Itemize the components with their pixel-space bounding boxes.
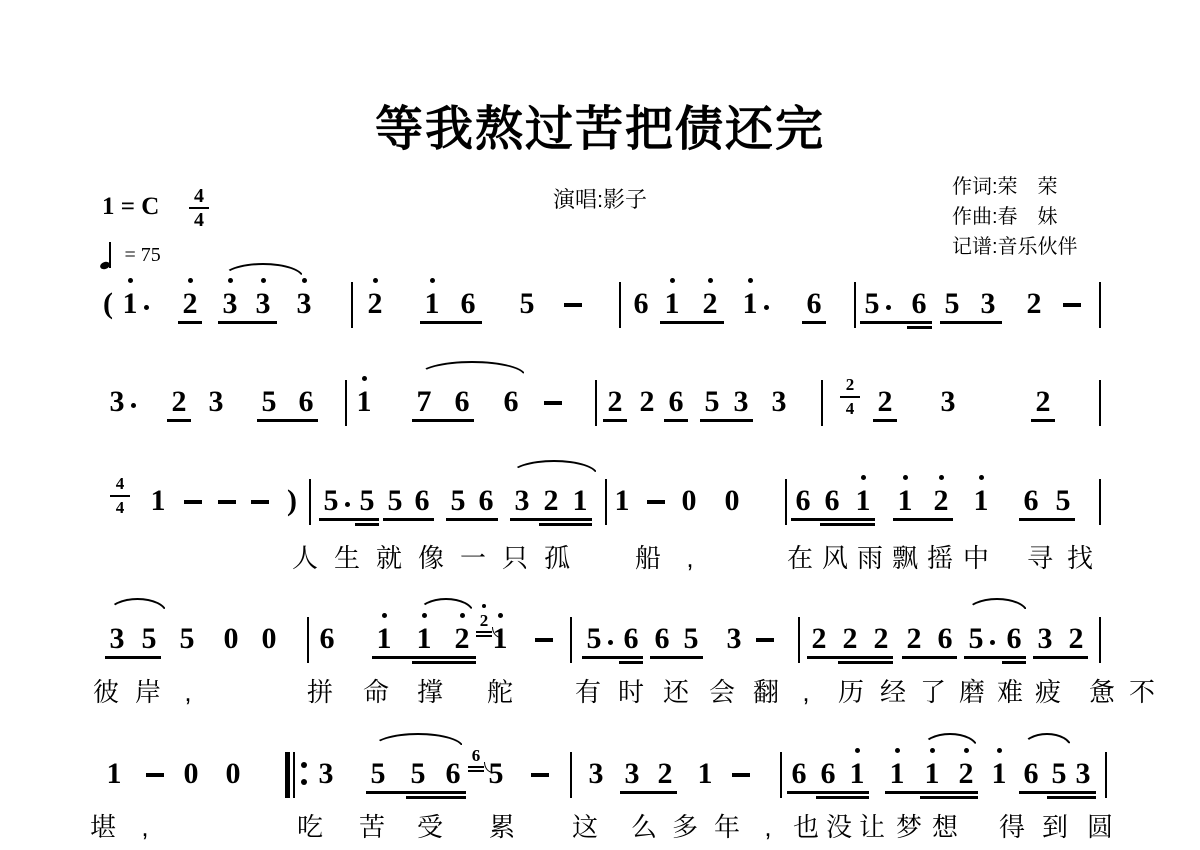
repeat-thick-bar [285, 752, 290, 798]
beam-line [820, 523, 875, 526]
lyric-char: 岸 [132, 677, 164, 707]
note: 6 [997, 624, 1031, 654]
lyric-char: 就 [373, 543, 405, 573]
lyric-char: , [129, 812, 161, 842]
note: 2 [868, 387, 902, 417]
dash-rest [647, 500, 665, 504]
beam-line [885, 791, 978, 794]
lyric-char: 风 [819, 543, 851, 573]
note: 6 [310, 624, 344, 654]
lyric-char: 疲 [1032, 677, 1064, 707]
note: 2 [598, 387, 632, 417]
lyric-char: 只 [499, 543, 531, 573]
note: 3 [1028, 624, 1062, 654]
lyric-char: 没 [823, 812, 855, 842]
lyric-char: 让 [856, 812, 888, 842]
duration-dot [886, 305, 891, 310]
note: 1 [880, 759, 914, 789]
beam-line [446, 518, 498, 521]
lyric-char: 撑 [414, 677, 446, 707]
lyric-char: 受 [414, 812, 446, 842]
dash-rest [146, 773, 164, 777]
beam-line [366, 791, 466, 794]
dash-rest [531, 773, 549, 777]
beam-line [406, 796, 466, 799]
beam-line [816, 796, 869, 799]
lyric-char: 梦 [893, 812, 925, 842]
octave-dot [939, 475, 944, 480]
note: 5 [132, 624, 166, 654]
dash-rest [218, 500, 236, 504]
dash-rest [184, 500, 202, 504]
note: 1 [915, 759, 949, 789]
note: 5 [577, 624, 611, 654]
repeat-thin-bar [293, 752, 295, 798]
barline [309, 479, 311, 525]
note: 1 [563, 486, 597, 516]
octave-dot [373, 278, 378, 283]
lyric-char: 有 [572, 677, 604, 707]
octave-dot [460, 613, 465, 618]
beam-line [412, 419, 474, 422]
octave-dot [362, 376, 367, 381]
note: 6 [614, 624, 648, 654]
lyric-char: 不 [1126, 677, 1158, 707]
score-area: (123332165612165653232356176622653324232… [0, 0, 1200, 850]
duration-dot [131, 403, 136, 408]
octave-dot [188, 278, 193, 283]
note: 6 [494, 387, 528, 417]
beam-line [791, 518, 875, 521]
lyric-char: 圆 [1084, 812, 1116, 842]
lyric-char: 舵 [484, 677, 516, 707]
slur-arc [966, 598, 1028, 613]
note: 3 [100, 624, 134, 654]
note: 3 [579, 759, 613, 789]
dash-rest [756, 638, 774, 642]
lyric-char: 翻 [750, 677, 782, 707]
lyric-char: 像 [415, 543, 447, 573]
note: 3 [1066, 759, 1100, 789]
slur-arc [372, 733, 464, 748]
beam-line [105, 656, 161, 659]
note: 2 [693, 289, 727, 319]
beam-line [178, 321, 202, 324]
dash-rest [1063, 303, 1081, 307]
note: 6 [436, 759, 470, 789]
lyric-char: 堪 [87, 812, 119, 842]
octave-dot [903, 475, 908, 480]
beam-line [1031, 419, 1055, 422]
note: 6 [624, 289, 658, 319]
beam-line [619, 661, 643, 664]
note: 2 [897, 624, 931, 654]
note: 3 [762, 387, 796, 417]
time-signature-bar [110, 495, 130, 497]
beam-line [603, 419, 627, 422]
repeat-dot [301, 762, 307, 768]
beam-line [372, 656, 476, 659]
octave-dot [708, 278, 713, 283]
octave-dot [302, 278, 307, 283]
note: 6 [928, 624, 962, 654]
lyric-char: 年 [711, 812, 743, 842]
beam-line [787, 791, 869, 794]
lyric-char: 磨 [956, 677, 988, 707]
slur-arc [922, 733, 978, 748]
slur-arc [418, 361, 526, 376]
note: 1 [113, 289, 147, 319]
lyric-char: 经 [877, 677, 909, 707]
sheet-music-page: 等我熬过苦把债还完 演唱:影子 作词:荣 荣 作曲:春 妹 记谱:音乐伙伴 1 … [0, 0, 1200, 850]
beam-line [807, 656, 893, 659]
note: 0 [672, 486, 706, 516]
note: 6 [797, 289, 831, 319]
lyric-char: , [790, 677, 822, 707]
lyric-char: 么 [628, 812, 660, 842]
octave-dot [422, 613, 427, 618]
octave-dot [861, 475, 866, 480]
note: 1 [846, 486, 880, 516]
note: 3 [615, 759, 649, 789]
note: 6 [659, 387, 693, 417]
note: 1 [347, 387, 381, 417]
note: 2 [949, 759, 983, 789]
octave-dot [261, 278, 266, 283]
barline [1099, 479, 1101, 525]
lyric-char: , [674, 543, 706, 573]
octave-dot [964, 748, 969, 753]
note: 1 [367, 624, 401, 654]
note: 5 [170, 624, 204, 654]
note: 5 [935, 289, 969, 319]
time-signature-denominator: 4 [839, 400, 861, 417]
beam-line [964, 656, 1026, 659]
lyric-char: 摇 [924, 543, 956, 573]
note: 5 [401, 759, 435, 789]
beam-line [664, 419, 688, 422]
note: 2 [924, 486, 958, 516]
lyric-char: 生 [331, 543, 363, 573]
barline [798, 617, 800, 663]
beam-line [860, 321, 932, 324]
beam-line [510, 518, 592, 521]
beam-line [940, 321, 1002, 324]
lyric-char: 想 [929, 812, 961, 842]
beam-line [1033, 656, 1088, 659]
octave-dot [979, 475, 984, 480]
lyric-char: 飘 [889, 543, 921, 573]
lyric-char: 这 [569, 812, 601, 842]
lyric-char: 找 [1064, 543, 1096, 573]
slur-arc [108, 598, 167, 613]
note: 2 [358, 289, 392, 319]
beam-line [383, 518, 434, 521]
duration-dot [764, 305, 769, 310]
lyric-char: 到 [1039, 812, 1071, 842]
barline [1099, 282, 1101, 328]
note: 7 [407, 387, 441, 417]
note: 1 [964, 486, 998, 516]
note: 2 [173, 289, 207, 319]
beam-line [1019, 791, 1096, 794]
duration-dot [144, 305, 149, 310]
beam-line [582, 656, 643, 659]
note: 6 [1014, 486, 1048, 516]
lyric-char: 惫 [1086, 677, 1118, 707]
lyric-char: 一 [457, 543, 489, 573]
lyric-char: 多 [669, 812, 701, 842]
barline [619, 282, 621, 328]
note: 5 [1046, 486, 1080, 516]
beam-line [838, 661, 893, 664]
beam-line [620, 791, 677, 794]
octave-dot [895, 748, 900, 753]
note: 3 [199, 387, 233, 417]
lyric-char: 时 [615, 677, 647, 707]
lyric-char: 雨 [854, 543, 886, 573]
beam-line [1002, 661, 1026, 664]
duration-dot [608, 640, 613, 645]
note: 1 [655, 289, 689, 319]
lyric-char: 彼 [90, 677, 122, 707]
slur-arc [418, 598, 474, 613]
dash-rest [251, 500, 269, 504]
note: 1 [415, 289, 449, 319]
beam-line [700, 419, 753, 422]
octave-dot [430, 278, 435, 283]
repeat-dot [301, 779, 307, 785]
slur-arc [222, 263, 304, 278]
lyric-char: 还 [660, 677, 692, 707]
note: 6 [405, 486, 439, 516]
octave-dot [482, 604, 486, 608]
note: 2 [1017, 289, 1051, 319]
slur-arc [1022, 733, 1072, 748]
note: 5 [252, 387, 286, 417]
barline [570, 752, 572, 798]
note: 5 [510, 289, 544, 319]
barline [307, 617, 309, 663]
barline [1099, 380, 1101, 426]
note: 0 [715, 486, 749, 516]
time-signature-numerator: 2 [839, 376, 861, 393]
beam-line [1047, 796, 1096, 799]
octave-dot [930, 748, 935, 753]
octave-dot [128, 278, 133, 283]
lyric-char: 得 [996, 812, 1028, 842]
barline [595, 380, 597, 426]
note: 3 [309, 759, 343, 789]
note: 2 [162, 387, 196, 417]
lyric-char: 命 [360, 677, 392, 707]
beam-line [802, 321, 826, 324]
lyric-char: 历 [835, 677, 867, 707]
beam-line [920, 796, 978, 799]
octave-dot [382, 613, 387, 618]
lyric-char: 在 [784, 543, 816, 573]
lyric-char: 难 [994, 677, 1026, 707]
note: 5 [674, 624, 708, 654]
phrase-paren: ) [275, 486, 309, 516]
octave-dot [228, 278, 233, 283]
lyric-char: , [172, 677, 204, 707]
note: 1 [688, 759, 722, 789]
lyric-char: 苦 [356, 812, 388, 842]
lyric-char: 累 [486, 812, 518, 842]
note: 1 [888, 486, 922, 516]
lyric-char: 也 [790, 812, 822, 842]
note: 0 [174, 759, 208, 789]
duration-dot [990, 640, 995, 645]
beam-line [355, 523, 379, 526]
lyric-char: 孤 [541, 543, 573, 573]
octave-dot [498, 613, 503, 618]
beam-line [412, 661, 476, 664]
note: 1 [982, 759, 1016, 789]
dash-rest [544, 401, 562, 405]
note: 0 [252, 624, 286, 654]
octave-dot [997, 748, 1002, 753]
note: 3 [931, 387, 965, 417]
lyric-char: 中 [960, 543, 992, 573]
note: 6 [815, 486, 849, 516]
lyric-char: 了 [917, 677, 949, 707]
note: 3 [246, 289, 280, 319]
lyric-char: 寻 [1024, 543, 1056, 573]
lyric-char: 会 [706, 677, 738, 707]
beam-line [650, 656, 703, 659]
note: 5 [361, 759, 395, 789]
dash-rest [535, 638, 553, 642]
lyric-char: 人 [289, 543, 321, 573]
note: 0 [214, 624, 248, 654]
lyric-char: 吃 [294, 812, 326, 842]
note: 6 [469, 486, 503, 516]
note: 2 [648, 759, 682, 789]
octave-dot [670, 278, 675, 283]
note: 5 [855, 289, 889, 319]
time-signature-bar [840, 396, 860, 398]
lyric-char: 船 [632, 543, 664, 573]
note: 3 [724, 387, 758, 417]
note: 1 [97, 759, 131, 789]
note: 6 [902, 289, 936, 319]
beam-line [660, 321, 724, 324]
barline [1105, 752, 1107, 798]
note: 3 [100, 387, 134, 417]
note: 3 [971, 289, 1005, 319]
beam-line [539, 523, 592, 526]
lyric-char: , [752, 812, 784, 842]
barline [1099, 617, 1101, 663]
note: 1 [733, 289, 767, 319]
note: 0 [216, 759, 250, 789]
beam-line [902, 656, 957, 659]
note: 5 [314, 486, 348, 516]
barline [821, 380, 823, 426]
note: 2 [833, 624, 867, 654]
beam-line [907, 326, 932, 329]
beam-line [319, 518, 379, 521]
barline [570, 617, 572, 663]
note: 5 [479, 759, 513, 789]
beam-line [1019, 518, 1075, 521]
lyric-char: 拼 [304, 677, 336, 707]
barline [351, 282, 353, 328]
beam-line [257, 419, 318, 422]
note: 1 [840, 759, 874, 789]
beam-line [420, 321, 482, 324]
note: 1 [141, 486, 175, 516]
dash-rest [564, 303, 582, 307]
time-signature-denominator: 4 [109, 499, 131, 516]
beam-line [167, 419, 191, 422]
note: 2 [802, 624, 836, 654]
octave-dot [748, 278, 753, 283]
note: 1 [407, 624, 441, 654]
note: 1 [605, 486, 639, 516]
note: 2 [864, 624, 898, 654]
slur-arc [510, 460, 598, 475]
note: 6 [451, 289, 485, 319]
note: 1 [483, 624, 517, 654]
beam-line [218, 321, 277, 324]
dash-rest [732, 773, 750, 777]
note: 6 [289, 387, 323, 417]
note: 2 [1026, 387, 1060, 417]
time-signature-numerator: 4 [109, 475, 131, 492]
beam-line [893, 518, 953, 521]
note: 3 [717, 624, 751, 654]
beam-line [873, 419, 897, 422]
note: 2 [1059, 624, 1093, 654]
note: 5 [959, 624, 993, 654]
note: 3 [213, 289, 247, 319]
octave-dot [855, 748, 860, 753]
note: 6 [445, 387, 479, 417]
note: 3 [287, 289, 321, 319]
